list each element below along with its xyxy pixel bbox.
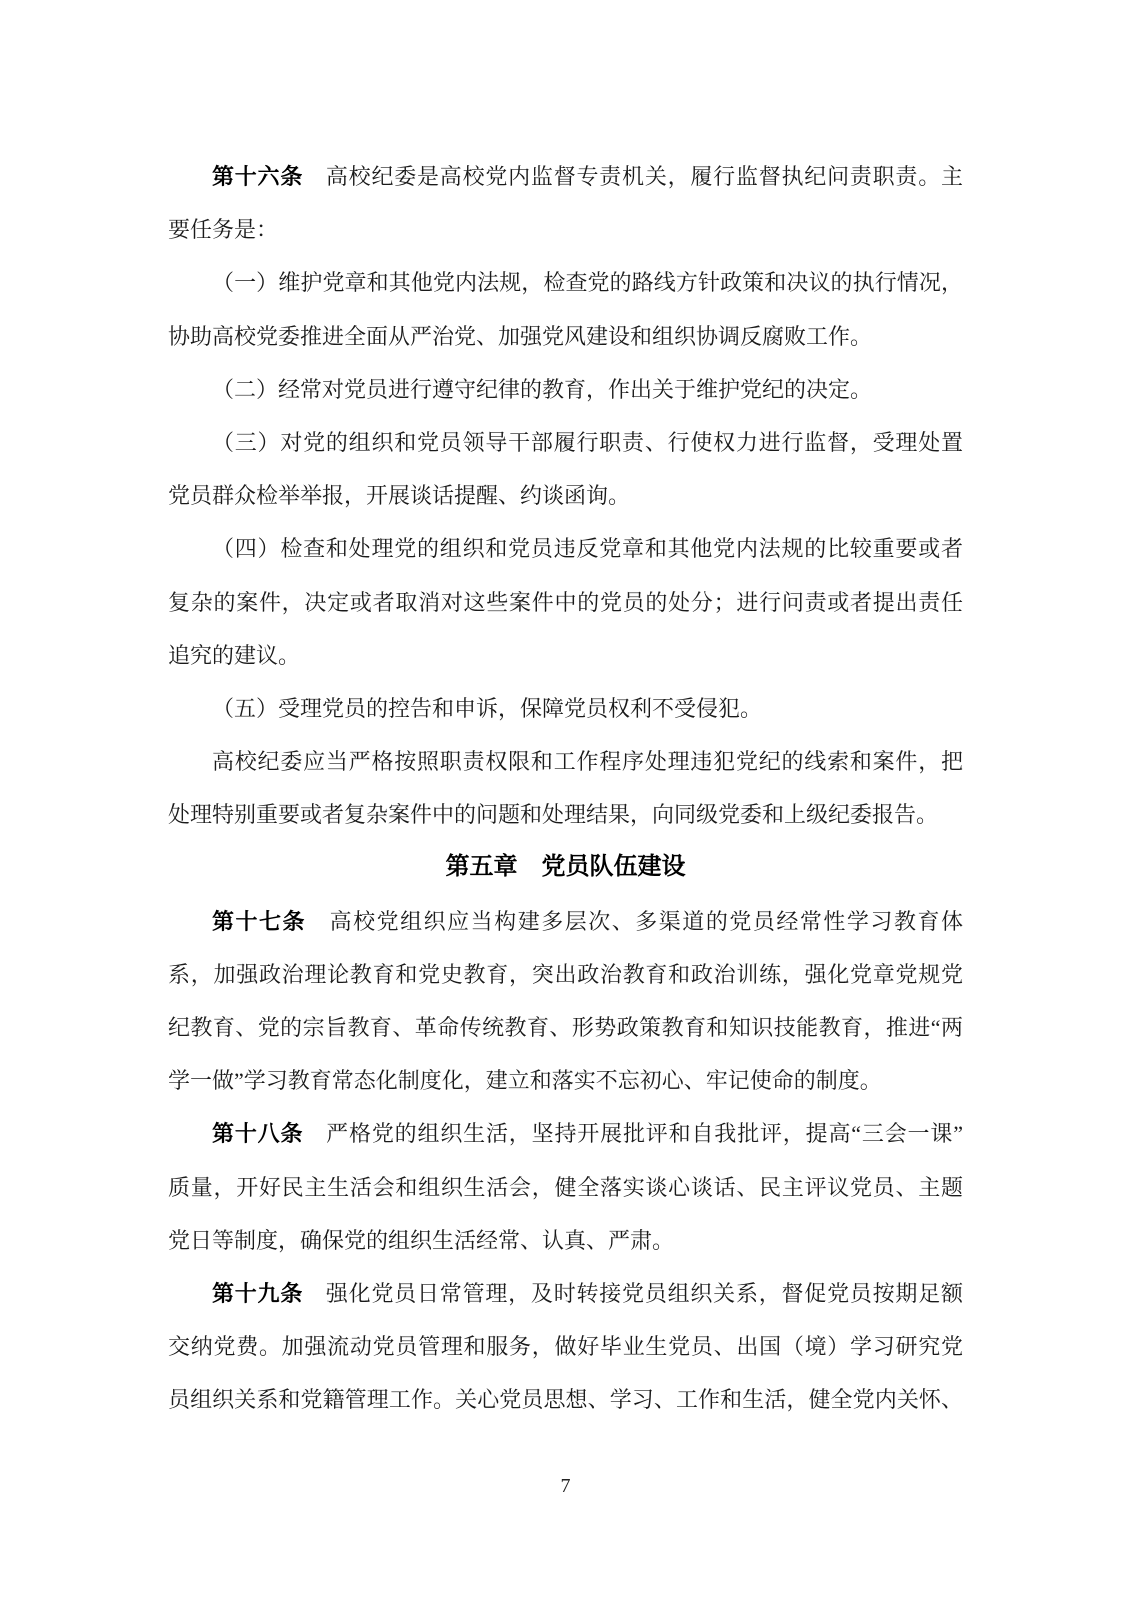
text-line: 质量，开好民主生活会和组织生活会，健全落实谈心谈话、民主评议党员、主题 (168, 1161, 963, 1214)
text-segment: 强化党员日常管理，及时转接党员组织关系，督促党员按期足额 (303, 1281, 963, 1306)
text-segment: 高校纪委应当严格按照职责权限和工作程序处理违犯党纪的线索和案件，把 (212, 749, 963, 774)
text-segment: 处理特别重要或者复杂案件中的问题和处理结果，向同级党委和上级纪委报告。 (168, 802, 938, 827)
text-line: 要任务是： (168, 203, 963, 256)
text-line: （二）经常对党员进行遵守纪律的教育，作出关于维护党纪的决定。 (168, 363, 963, 416)
article-number: 第十七条 (212, 909, 306, 934)
text-segment: 系，加强政治理论教育和党史教育，突出政治教育和政治训练，强化党章党规党 (168, 962, 963, 987)
text-segment: （四）检查和处理党的组织和党员违反党章和其他党内法规的比较重要或者 (212, 536, 963, 561)
text-segment: 要任务是： (168, 217, 278, 242)
text-line: 第十八条 严格党的组织生活，坚持开展批评和自我批评，提高“三会一课” (168, 1107, 963, 1160)
text-line: 党员群众检举举报，开展谈话提醒、约谈函询。 (168, 469, 963, 522)
text-line: 处理特别重要或者复杂案件中的问题和处理结果，向同级党委和上级纪委报告。 (168, 788, 963, 841)
text-line: （一）维护党章和其他党内法规，检查党的路线方针政策和决议的执行情况， (168, 256, 963, 309)
text-line: 党日等制度，确保党的组织生活经常、认真、严肃。 (168, 1214, 963, 1267)
text-line: 协助高校党委推进全面从严治党、加强党风建设和组织协调反腐败工作。 (168, 310, 963, 363)
text-line: 员组织关系和党籍管理工作。关心党员思想、学习、工作和生活，健全党内关怀、 (168, 1373, 963, 1426)
text-line: 纪教育、党的宗旨教育、革命传统教育、形势政策教育和知识技能教育，推进“两 (168, 1001, 963, 1054)
article-number: 第十八条 (212, 1121, 303, 1146)
text-segment: （二）经常对党员进行遵守纪律的教育，作出关于维护党纪的决定。 (212, 377, 872, 402)
document-body: 第十六条 高校纪委是高校党内监督专责机关，履行监督执纪问责职责。主要任务是：（一… (168, 150, 963, 1427)
article-number: 第十六条 (212, 164, 303, 189)
text-segment: 交纳党费。加强流动党员管理和服务，做好毕业生党员、出国（境）学习研究党 (168, 1334, 963, 1359)
text-line: 学一做”学习教育常态化制度化，建立和落实不忘初心、牢记使命的制度。 (168, 1054, 963, 1107)
text-segment: 党员群众检举举报，开展谈话提醒、约谈函询。 (168, 483, 630, 508)
text-line: 系，加强政治理论教育和党史教育，突出政治教育和政治训练，强化党章党规党 (168, 948, 963, 1001)
text-line: 复杂的案件，决定或者取消对这些案件中的党员的处分；进行问责或者提出责任 (168, 576, 963, 629)
page-number: 7 (0, 1475, 1131, 1498)
chapter-heading: 第五章 党员队伍建设 (168, 841, 963, 894)
text-segment: 学一做”学习教育常态化制度化，建立和落实不忘初心、牢记使命的制度。 (168, 1068, 882, 1093)
chapter-title-text: 第五章 党员队伍建设 (446, 854, 686, 880)
article-number: 第十九条 (212, 1281, 303, 1306)
text-line: 第十六条 高校纪委是高校党内监督专责机关，履行监督执纪问责职责。主 (168, 150, 963, 203)
text-line: 追究的建议。 (168, 629, 963, 682)
text-segment: （一）维护党章和其他党内法规，检查党的路线方针政策和决议的执行情况， (212, 270, 963, 295)
text-line: （五）受理党员的控告和申诉，保障党员权利不受侵犯。 (168, 682, 963, 735)
text-line: （四）检查和处理党的组织和党员违反党章和其他党内法规的比较重要或者 (168, 522, 963, 575)
text-segment: （三）对党的组织和党员领导干部履行职责、行使权力进行监督，受理处置 (212, 430, 963, 455)
text-segment: 协助高校党委推进全面从严治党、加强党风建设和组织协调反腐败工作。 (168, 324, 872, 349)
text-segment: 纪教育、党的宗旨教育、革命传统教育、形势政策教育和知识技能教育，推进“两 (168, 1015, 963, 1040)
text-segment: 高校党组织应当构建多层次、多渠道的党员经常性学习教育体 (306, 909, 963, 934)
text-line: 高校纪委应当严格按照职责权限和工作程序处理违犯党纪的线索和案件，把 (168, 735, 963, 788)
text-line: 交纳党费。加强流动党员管理和服务，做好毕业生党员、出国（境）学习研究党 (168, 1320, 963, 1373)
text-segment: 追究的建议。 (168, 643, 300, 668)
text-line: 第十七条 高校党组织应当构建多层次、多渠道的党员经常性学习教育体 (168, 895, 963, 948)
text-segment: 员组织关系和党籍管理工作。关心党员思想、学习、工作和生活，健全党内关怀、 (168, 1387, 963, 1412)
text-segment: 严格党的组织生活，坚持开展批评和自我批评，提高“三会一课” (303, 1121, 963, 1146)
text-segment: 高校纪委是高校党内监督专责机关，履行监督执纪问责职责。主 (303, 164, 963, 189)
text-segment: 党日等制度，确保党的组织生活经常、认真、严肃。 (168, 1228, 674, 1253)
text-segment: 质量，开好民主生活会和组织生活会，健全落实谈心谈话、民主评议党员、主题 (168, 1175, 963, 1200)
text-segment: （五）受理党员的控告和申诉，保障党员权利不受侵犯。 (212, 696, 762, 721)
text-segment: 复杂的案件，决定或者取消对这些案件中的党员的处分；进行问责或者提出责任 (168, 590, 963, 615)
text-line: 第十九条 强化党员日常管理，及时转接党员组织关系，督促党员按期足额 (168, 1267, 963, 1320)
text-line: （三）对党的组织和党员领导干部履行职责、行使权力进行监督，受理处置 (168, 416, 963, 469)
document-page: 第十六条 高校纪委是高校党内监督专责机关，履行监督执纪问责职责。主要任务是：（一… (0, 0, 1131, 1600)
